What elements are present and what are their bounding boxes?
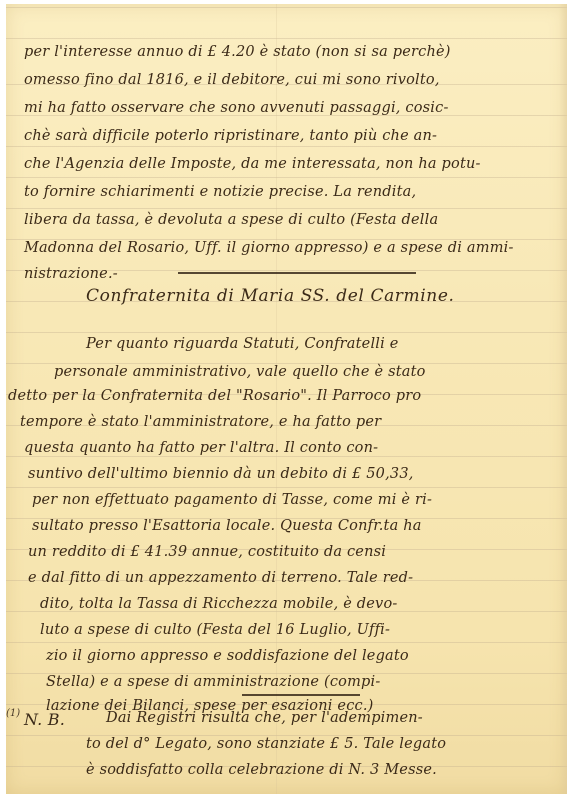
text-line: omesso fino dal 1816, e il debitore, cui… bbox=[24, 72, 440, 88]
text-line: chè sarà difficile poterlo ripristinare,… bbox=[24, 128, 437, 144]
text-line: per non effettuato pagamento di Tasse, c… bbox=[32, 492, 432, 508]
footnote-line: to del d° Legato, sono stanziate £ 5. Ta… bbox=[86, 736, 446, 752]
text-line: che l'Agenzia delle Imposte, da me inter… bbox=[24, 156, 481, 172]
footnote-line: è soddisfatto colla celebrazione di N. 3… bbox=[86, 762, 437, 778]
text-line: mi ha fatto osservare che sono avvenuti … bbox=[24, 100, 449, 116]
footnote-label: N. B. bbox=[24, 710, 65, 729]
footnote-divider bbox=[242, 694, 360, 696]
text-line: e dal fitto di un appezzamento di terren… bbox=[28, 570, 413, 586]
text-line: nistrazione.- bbox=[24, 266, 118, 282]
text-line: libera da tassa, è devoluta a spese di c… bbox=[24, 212, 438, 228]
text-line: personale amministrativo, vale quello ch… bbox=[54, 364, 426, 380]
section-divider bbox=[178, 272, 416, 274]
text-line: zio il giorno appresso e soddisfazione d… bbox=[46, 648, 409, 664]
footnote-line: Dai Registri risulta che, per l'adempime… bbox=[106, 710, 423, 726]
text-line: to fornire schiarimenti e notizie precis… bbox=[24, 184, 416, 200]
text-line: luto a spese di culto (Festa del 16 Lugl… bbox=[40, 622, 390, 638]
text-line: questa quanto ha fatto per l'altra. Il c… bbox=[24, 440, 378, 456]
text-line: sultato presso l'Esattoria locale. Quest… bbox=[32, 518, 422, 534]
text-line: tempore è stato l'amministratore, e ha f… bbox=[20, 414, 381, 430]
text-line: Stella) e a spese di amministrazione (co… bbox=[46, 674, 380, 690]
text-line: suntivo dell'ultimo biennio dà un debito… bbox=[28, 466, 414, 482]
text-line: dito, tolta la Tassa di Ricchezza mobile… bbox=[40, 596, 397, 612]
text-line: Per quanto riguarda Statuti, Confratelli… bbox=[86, 336, 399, 352]
section-heading: Confraternita di Maria SS. del Carmine. bbox=[86, 286, 455, 306]
text-line: per l'interesse annuo di £ 4.20 è stato … bbox=[24, 44, 451, 60]
manuscript-page: per l'interesse annuo di £ 4.20 è stato … bbox=[6, 4, 567, 794]
text-line: detto per la Confraternita del "Rosario"… bbox=[8, 388, 421, 404]
footnote-marker: (1) bbox=[6, 708, 20, 719]
text-line: un reddito di £ 41.39 annue, costituito … bbox=[28, 544, 386, 560]
text-line: Madonna del Rosario, Uff. il giorno appr… bbox=[24, 240, 514, 256]
